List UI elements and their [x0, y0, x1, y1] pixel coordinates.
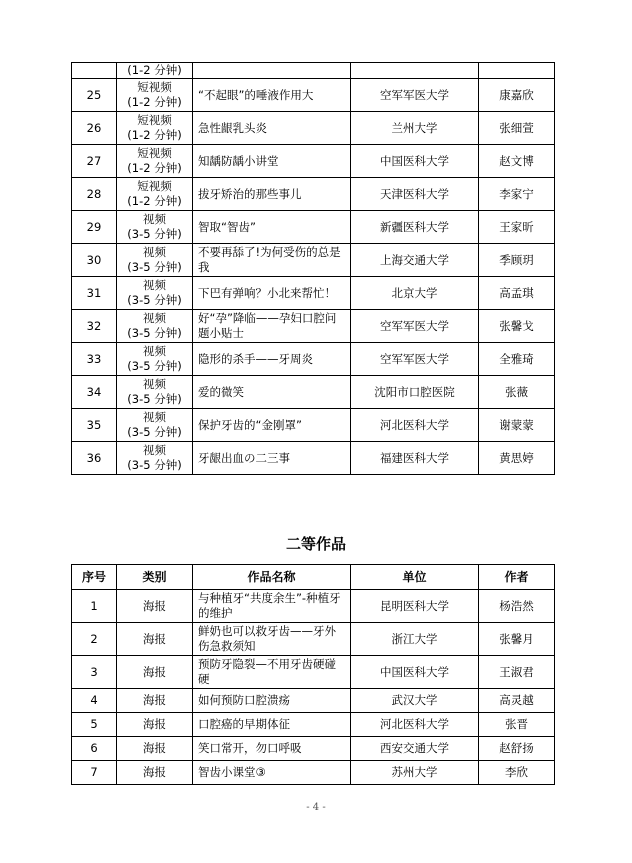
title-cell: 智取“智齿” — [193, 211, 351, 244]
unit-cell: 天津医科大学 — [351, 178, 479, 211]
header-category: 类别 — [117, 565, 193, 590]
number-cell: 1 — [72, 590, 117, 623]
category-cell: 短视频(1-2 分钟) — [117, 79, 193, 112]
author-cell: 高灵越 — [479, 689, 555, 713]
category-cell: 短视频(1-2 分钟) — [117, 145, 193, 178]
title-cell: 智齿小课堂③ — [193, 761, 351, 785]
table-row: 28短视频(1-2 分钟)拔牙矫治的那些事儿天津医科大学李家宁 — [72, 178, 555, 211]
number-cell: 4 — [72, 689, 117, 713]
title-cell: 不要再舔了!为何受伤的总是我 — [193, 244, 351, 277]
category-line: 视频 — [117, 278, 192, 293]
author-cell: 赵舒扬 — [479, 737, 555, 761]
category-line: 短视频 — [117, 80, 192, 95]
category-duration: (1-2 分钟) — [117, 194, 192, 209]
category-duration: (3-5 分钟) — [117, 359, 192, 374]
table-row: 25短视频(1-2 分钟)“不起眼”的唾液作用大空军军医大学康嘉欣 — [72, 79, 555, 112]
author-cell: 季顾玥 — [479, 244, 555, 277]
category-duration: (3-5 分钟) — [117, 392, 192, 407]
number-cell: 36 — [72, 442, 117, 475]
table-row: 31视频(3-5 分钟)下巴有弹响？小北来帮忙！北京大学高孟琪 — [72, 277, 555, 310]
unit-cell: 兰州大学 — [351, 112, 479, 145]
title-cell: 口腔癌的早期体征 — [193, 713, 351, 737]
table-row: 29视频(3-5 分钟)智取“智齿”新疆医科大学王家昕 — [72, 211, 555, 244]
header-row: 序号 类别 作品名称 单位 作者 — [72, 565, 555, 590]
header-title: 作品名称 — [193, 565, 351, 590]
title-cell: 与种植牙“共度余生”-种植牙的维护 — [193, 590, 351, 623]
table-row: 2海报鲜奶也可以救牙齿——牙外伤急救须知浙江大学张馨月 — [72, 623, 555, 656]
author-cell: 谢蒙蒙 — [479, 409, 555, 442]
title-cell: 拔牙矫治的那些事儿 — [193, 178, 351, 211]
unit-cell: 浙江大学 — [351, 623, 479, 656]
number-cell: 27 — [72, 145, 117, 178]
category-duration: (3-5 分钟) — [117, 293, 192, 308]
number-cell: 3 — [72, 656, 117, 689]
number-cell: 32 — [72, 310, 117, 343]
category-cell: (1-2 分钟) — [117, 63, 193, 79]
title-cell: 牙龈出血の二三事 — [193, 442, 351, 475]
table-row: (1-2 分钟) — [72, 63, 555, 79]
table-row: 35视频(3-5 分钟)保护牙齿的“金刚罩”河北医科大学谢蒙蒙 — [72, 409, 555, 442]
table-row: 1海报与种植牙“共度余生”-种植牙的维护昆明医科大学杨浩然 — [72, 590, 555, 623]
unit-cell: 空军军医大学 — [351, 79, 479, 112]
table-row: 34视频(3-5 分钟)爱的微笑沈阳市口腔医院张薇 — [72, 376, 555, 409]
number-cell: 33 — [72, 343, 117, 376]
unit-cell: 西安交通大学 — [351, 737, 479, 761]
category-cell: 海报 — [117, 689, 193, 713]
table-row: 3海报预防牙隐裂—不用牙齿硬碰硬中国医科大学王淑君 — [72, 656, 555, 689]
unit-cell: 上海交通大学 — [351, 244, 479, 277]
number-cell: 28 — [72, 178, 117, 211]
title-cell: 知龋防龋小讲堂 — [193, 145, 351, 178]
category-line: 视频 — [117, 212, 192, 227]
unit-cell: 福建医科大学 — [351, 442, 479, 475]
number-cell: 35 — [72, 409, 117, 442]
title-cell: 好“孕”降临——孕妇口腔问题小贴士 — [193, 310, 351, 343]
table-row: 30视频(3-5 分钟)不要再舔了!为何受伤的总是我上海交通大学季顾玥 — [72, 244, 555, 277]
first-prize-table-continued: (1-2 分钟) 25短视频(1-2 分钟)“不起眼”的唾液作用大空军军医大学康… — [71, 62, 555, 475]
category-duration: (3-5 分钟) — [117, 227, 192, 242]
number-cell: 34 — [72, 376, 117, 409]
table-row: 32视频(3-5 分钟)好“孕”降临——孕妇口腔问题小贴士空军军医大学张馨戈 — [72, 310, 555, 343]
number-cell: 31 — [72, 277, 117, 310]
number-cell: 30 — [72, 244, 117, 277]
title-cell: 爱的微笑 — [193, 376, 351, 409]
unit-cell: 新疆医科大学 — [351, 211, 479, 244]
number-cell: 26 — [72, 112, 117, 145]
category-duration: (1-2 分钟) — [117, 128, 192, 143]
category-cell: 视频(3-5 分钟) — [117, 310, 193, 343]
title-cell: 急性龈乳头炎 — [193, 112, 351, 145]
author-cell: 康嘉欣 — [479, 79, 555, 112]
header-author: 作者 — [479, 565, 555, 590]
category-duration: (3-5 分钟) — [117, 260, 192, 275]
title-cell: “不起眼”的唾液作用大 — [193, 79, 351, 112]
title-cell: 鲜奶也可以救牙齿——牙外伤急救须知 — [193, 623, 351, 656]
header-unit: 单位 — [351, 565, 479, 590]
unit-cell: 北京大学 — [351, 277, 479, 310]
unit-cell: 空军军医大学 — [351, 310, 479, 343]
title-cell: 笑口常开，勿口呼吸 — [193, 737, 351, 761]
author-cell: 高孟琪 — [479, 277, 555, 310]
category-cell: 海报 — [117, 761, 193, 785]
author-cell: 杨浩然 — [479, 590, 555, 623]
category-cell: 海报 — [117, 656, 193, 689]
category-cell: 海报 — [117, 713, 193, 737]
author-cell: 张晋 — [479, 713, 555, 737]
category-line: 视频 — [117, 344, 192, 359]
title-cell: 如何预防口腔溃疡 — [193, 689, 351, 713]
author-cell: 张薇 — [479, 376, 555, 409]
number-cell: 2 — [72, 623, 117, 656]
table-row: 36视频(3-5 分钟)牙龈出血の二三事福建医科大学黄思婷 — [72, 442, 555, 475]
table-row: 33视频(3-5 分钟)隐形的杀手——牙周炎空军军医大学全雅琦 — [72, 343, 555, 376]
section-title: 二等作品 — [0, 533, 632, 554]
author-cell: 黄思婷 — [479, 442, 555, 475]
category-line: 视频 — [117, 410, 192, 425]
author-cell: 王家昕 — [479, 211, 555, 244]
unit-cell: 空军军医大学 — [351, 343, 479, 376]
table-row: 7海报智齿小课堂③苏州大学李欣 — [72, 761, 555, 785]
category-duration: (3-5 分钟) — [117, 326, 192, 341]
page-number: - 4 - — [0, 802, 632, 813]
table-row: 4海报如何预防口腔溃疡武汉大学高灵越 — [72, 689, 555, 713]
category-cell: 视频(3-5 分钟) — [117, 343, 193, 376]
table-row: 26短视频(1-2 分钟)急性龈乳头炎兰州大学张细萱 — [72, 112, 555, 145]
category-cell: 视频(3-5 分钟) — [117, 409, 193, 442]
number-cell: 6 — [72, 737, 117, 761]
category-line: 视频 — [117, 311, 192, 326]
category-line: 短视频 — [117, 179, 192, 194]
category-cell: 短视频(1-2 分钟) — [117, 178, 193, 211]
author-cell: 张馨月 — [479, 623, 555, 656]
category-cell: 视频(3-5 分钟) — [117, 277, 193, 310]
category-duration: (3-5 分钟) — [117, 458, 192, 473]
author-cell: 全雅琦 — [479, 343, 555, 376]
second-prize-table: 序号 类别 作品名称 单位 作者 1海报与种植牙“共度余生”-种植牙的维护昆明医… — [71, 564, 555, 785]
category-cell: 海报 — [117, 737, 193, 761]
category-duration: (1-2 分钟) — [117, 95, 192, 110]
category-line: 视频 — [117, 377, 192, 392]
unit-cell: 河北医科大学 — [351, 713, 479, 737]
number-cell: 7 — [72, 761, 117, 785]
category-cell: 短视频(1-2 分钟) — [117, 112, 193, 145]
category-duration: (1-2 分钟) — [117, 161, 192, 176]
unit-cell: 武汉大学 — [351, 689, 479, 713]
category-line: 视频 — [117, 245, 192, 260]
unit-cell: 河北医科大学 — [351, 409, 479, 442]
table-row: 6海报笑口常开，勿口呼吸西安交通大学赵舒扬 — [72, 737, 555, 761]
category-cell: 视频(3-5 分钟) — [117, 211, 193, 244]
category-line: 短视频 — [117, 146, 192, 161]
author-cell: 张细萱 — [479, 112, 555, 145]
category-cell: 视频(3-5 分钟) — [117, 376, 193, 409]
header-no: 序号 — [72, 565, 117, 590]
category-line: 短视频 — [117, 113, 192, 128]
unit-cell: 昆明医科大学 — [351, 590, 479, 623]
title-cell: 隐形的杀手——牙周炎 — [193, 343, 351, 376]
table-row: 5海报口腔癌的早期体征河北医科大学张晋 — [72, 713, 555, 737]
title-cell: 下巴有弹响？小北来帮忙！ — [193, 277, 351, 310]
unit-cell: 中国医科大学 — [351, 656, 479, 689]
category-cell: 视频(3-5 分钟) — [117, 244, 193, 277]
author-cell: 李家宁 — [479, 178, 555, 211]
table-row: 27短视频(1-2 分钟)知龋防龋小讲堂中国医科大学赵文博 — [72, 145, 555, 178]
category-cell: 视频(3-5 分钟) — [117, 442, 193, 475]
unit-cell: 苏州大学 — [351, 761, 479, 785]
author-cell: 张馨戈 — [479, 310, 555, 343]
author-cell: 王淑君 — [479, 656, 555, 689]
unit-cell: 中国医科大学 — [351, 145, 479, 178]
number-cell: 5 — [72, 713, 117, 737]
category-cell: 海报 — [117, 590, 193, 623]
category-line: 视频 — [117, 443, 192, 458]
category-duration: (3-5 分钟) — [117, 425, 192, 440]
number-cell: 29 — [72, 211, 117, 244]
title-cell: 保护牙齿的“金刚罩” — [193, 409, 351, 442]
category-cell: 海报 — [117, 623, 193, 656]
title-cell: 预防牙隐裂—不用牙齿硬碰硬 — [193, 656, 351, 689]
author-cell: 李欣 — [479, 761, 555, 785]
author-cell: 赵文博 — [479, 145, 555, 178]
number-cell: 25 — [72, 79, 117, 112]
unit-cell: 沈阳市口腔医院 — [351, 376, 479, 409]
